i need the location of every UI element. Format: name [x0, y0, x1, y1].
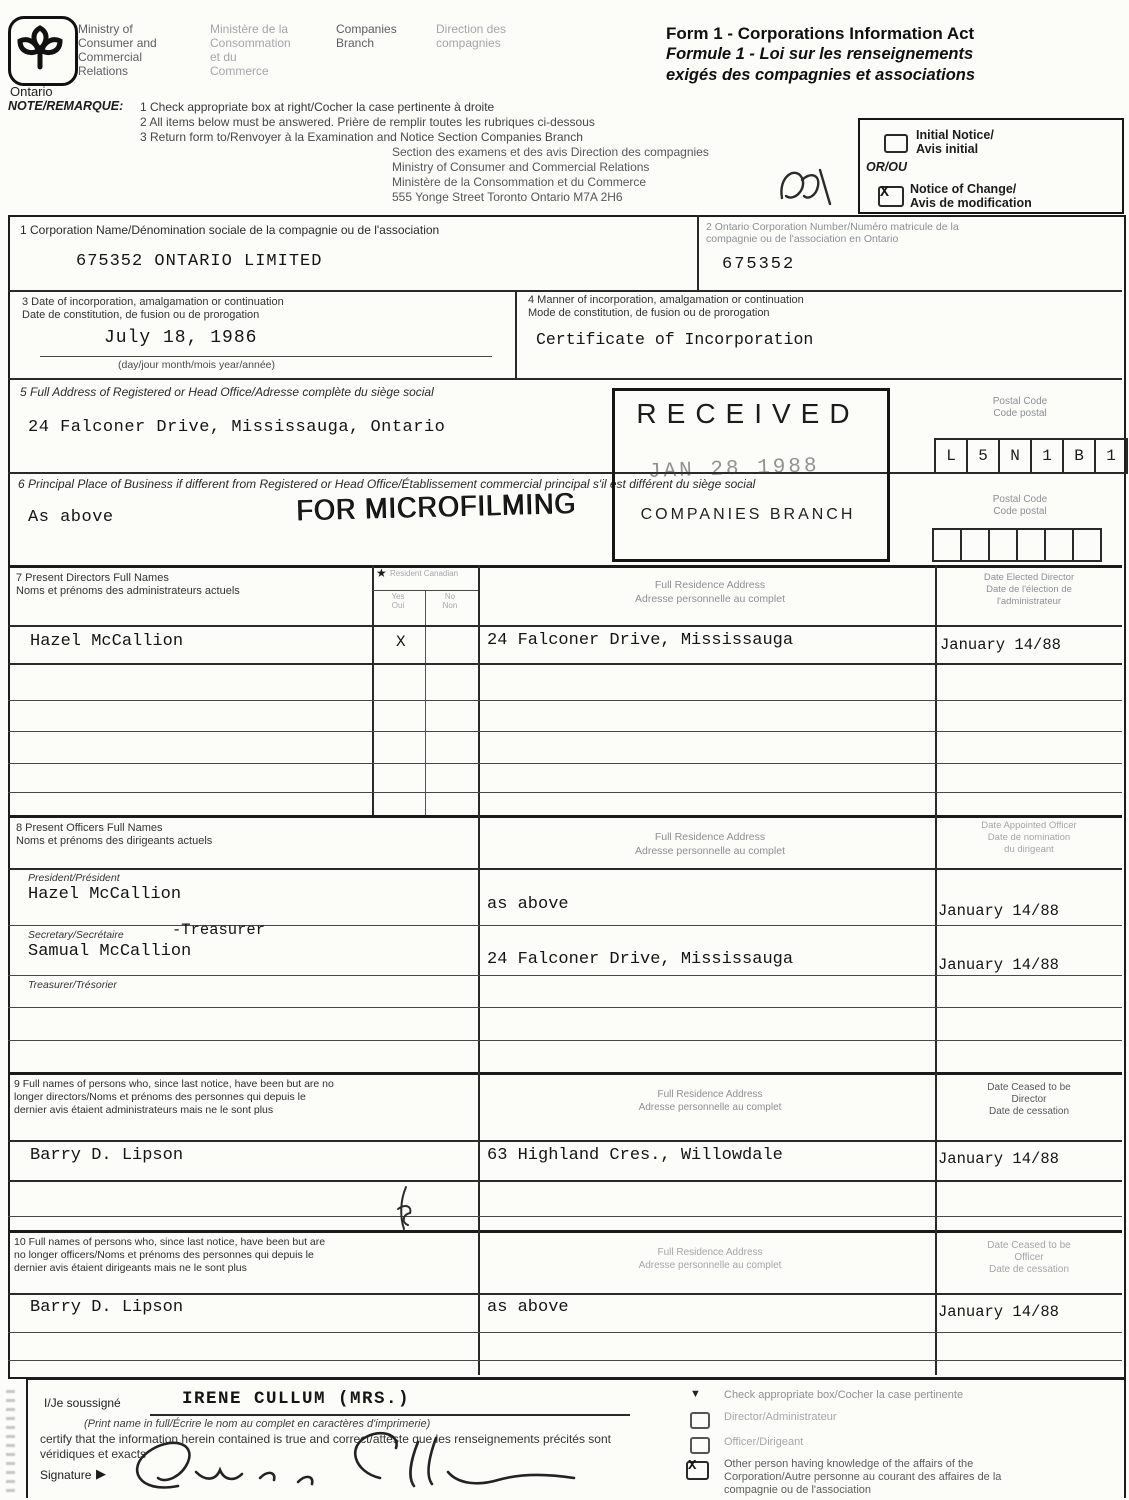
treasurer-role-label: Treasurer/Trésorier — [28, 979, 117, 991]
row-line — [8, 1040, 1122, 1041]
margin-form-number — [6, 1390, 15, 1495]
form-title-en: Form 1 - Corporations Information Act — [666, 24, 974, 44]
row-line — [8, 1180, 1122, 1182]
note-item-2: 2 All items below must be answered. Priè… — [140, 115, 595, 129]
former-directors-label: 9 Full names of persons who, since last … — [14, 1078, 334, 1117]
former-director-address: 63 Highland Cres., Willowdale — [487, 1146, 783, 1165]
divider — [478, 565, 480, 815]
arrow-down-icon: ▼ — [690, 1388, 701, 1400]
divider — [372, 565, 374, 815]
arrow-right-icon: ▶ — [96, 1466, 106, 1482]
received-stamp: RECEIVED — [632, 398, 864, 430]
row-line — [8, 1360, 1122, 1361]
divider — [478, 815, 480, 1072]
former-officer-date: January 14/88 — [938, 1303, 1059, 1321]
former-officers-address-header: Full Residence Address Adresse personnel… — [530, 1246, 890, 1272]
or-ou-label: OR/OU — [866, 160, 907, 174]
divider — [8, 290, 1122, 292]
branch-name-en: Companies Branch — [336, 22, 397, 50]
yes-oui-header: Yes Oui — [378, 592, 418, 610]
postal-code-boxes-empty — [934, 528, 1102, 562]
postal-code-label: Postal Code Code postal — [960, 396, 1080, 420]
incorporation-manner-value: Certificate of Incorporation — [536, 330, 813, 349]
notes-label: NOTE/REMARQUE: — [8, 99, 123, 113]
logo-wordmark: Ontario — [10, 84, 53, 99]
branch-name-fr: Direction des compagnies — [436, 22, 506, 50]
corporation-number-label: 2 Ontario Corporation Number/Numéro matr… — [706, 221, 959, 245]
president-role-label: President/Président — [28, 872, 120, 884]
divider — [8, 1293, 1122, 1295]
former-director-date: January 14/88 — [938, 1150, 1059, 1168]
divider — [935, 815, 937, 1072]
section-border — [8, 565, 1122, 568]
return-address: Section des examens et des avis Directio… — [392, 145, 709, 205]
postal-cell — [960, 528, 990, 562]
handwritten-mark — [392, 1185, 420, 1231]
section-border — [8, 1230, 1122, 1233]
row-line — [8, 763, 1122, 764]
divider — [425, 590, 426, 815]
row-line — [8, 700, 1122, 701]
corporation-number-value: 675352 — [722, 255, 795, 274]
president-name: Hazel McCallion — [28, 885, 181, 904]
signature-label: Signature — [40, 1468, 91, 1482]
postal-cell: L — [934, 438, 968, 474]
divider — [935, 1072, 937, 1230]
officers-date-header: Date Appointed Officer Date de nominatio… — [940, 820, 1118, 856]
no-non-header: No Non — [430, 592, 470, 610]
postal-cell: B — [1062, 438, 1096, 474]
postal-cell: 1 — [1030, 438, 1064, 474]
row-line — [8, 792, 1122, 793]
name-underline — [150, 1414, 630, 1416]
postal-cell: N — [998, 438, 1032, 474]
notice-of-change-checkmark: X — [880, 184, 889, 201]
resident-canadian-header: Resident Canadian — [390, 569, 476, 578]
secretary-address: 24 Falconer Drive, Mississauga — [487, 950, 793, 969]
notice-of-change-label: Notice of Change/ Avis de modification — [910, 182, 1032, 210]
director-checkbox — [690, 1412, 710, 1429]
resident-canadian-checkmark: X — [396, 633, 406, 651]
postal-cell — [1044, 528, 1074, 562]
divider — [697, 215, 699, 290]
divider — [8, 625, 1122, 627]
initial-notice-label: Initial Notice/ Avis initial — [916, 128, 994, 156]
former-officers-label: 10 Full names of persons who, since last… — [14, 1236, 325, 1275]
corporation-name-label: 1 Corporation Name/Dénomination sociale … — [20, 223, 439, 237]
postal-cell: 5 — [966, 438, 1000, 474]
incorporation-manner-label: 4 Manner of incorporation, amalgamation … — [528, 294, 804, 320]
secretary-name: Samual McCallion — [28, 942, 191, 961]
officers-label: 8 Present Officers Full Names Noms et pr… — [16, 822, 212, 848]
initial-notice-checkbox — [884, 134, 908, 153]
officers-address-header: Full Residence Address Adresse personnel… — [530, 830, 890, 858]
handwritten-mark — [768, 158, 848, 218]
row-line — [8, 731, 1122, 732]
divider — [478, 1072, 480, 1230]
director-address: 24 Falconer Drive, Mississauga — [487, 631, 793, 650]
incorporation-date-value: July 18, 1986 — [104, 328, 257, 348]
postal-cell: 1 — [1094, 438, 1128, 474]
postal-code-boxes: L 5 N 1 B 1 — [936, 438, 1128, 474]
row-line — [8, 975, 1122, 976]
head-office-value: 24 Falconer Drive, Mississauga, Ontario — [28, 418, 445, 437]
divider — [8, 378, 1122, 380]
note-item-1: 1 Check appropriate box at right/Cocher … — [140, 100, 494, 114]
date-underline — [40, 356, 492, 357]
secretary-date: January 14/88 — [938, 956, 1059, 974]
director-name: Hazel McCallion — [30, 632, 183, 651]
postal-code-label-2: Postal Code Code postal — [960, 494, 1080, 518]
principal-place-value: As above — [28, 508, 114, 527]
secretary-role-addition: -Treasurer — [172, 921, 265, 939]
directors-label: 7 Present Directors Full Names Noms et p… — [16, 572, 240, 598]
former-officer-name: Barry D. Lipson — [30, 1298, 183, 1317]
postal-cell — [988, 528, 1018, 562]
row-line — [8, 1216, 1122, 1217]
officer-checkbox — [690, 1437, 710, 1454]
companies-branch-stamp: COMPANIES BRANCH — [630, 506, 866, 524]
form-page: Ontario Ministry of Consumer and Commerc… — [0, 0, 1129, 1500]
incorporation-date-hint: (day/jour month/mois year/année) — [118, 359, 275, 371]
section-border — [8, 815, 1122, 818]
row-line — [8, 663, 1122, 665]
section-border — [8, 1072, 1122, 1075]
postal-cell — [932, 528, 962, 562]
secretary-role-label: Secretary/Secrétaire — [28, 929, 124, 941]
incorporation-date-label: 3 Date of incorporation, amalgamation or… — [22, 296, 284, 322]
divider — [8, 868, 1122, 870]
divider — [515, 290, 517, 378]
trillium-icon — [11, 19, 69, 77]
other-person-option-label: Other person having knowledge of the aff… — [724, 1458, 1001, 1497]
divider — [935, 1230, 937, 1375]
row-line — [8, 1332, 1122, 1333]
row-line — [8, 1007, 1122, 1008]
postal-cell — [1016, 528, 1046, 562]
ministry-name-fr: Ministère de la Consommation et du Comme… — [210, 22, 291, 78]
ministry-name-en: Ministry of Consumer and Commercial Rela… — [78, 22, 157, 78]
former-directors-address-header: Full Residence Address Adresse personnel… — [530, 1088, 890, 1114]
ontario-trillium-logo — [8, 16, 78, 86]
divider — [372, 590, 478, 591]
postal-cell — [1072, 528, 1102, 562]
form-title-fr: Formule 1 - Loi sur les renseignements e… — [666, 44, 975, 86]
former-officer-address: as above — [487, 1298, 569, 1317]
director-date: January 14/88 — [940, 636, 1061, 654]
corporation-name-value: 675352 ONTARIO LIMITED — [76, 252, 322, 271]
directors-date-header: Date Elected Director Date de l'élection… — [940, 572, 1118, 608]
other-person-checkmark: X — [688, 1458, 696, 1474]
divider — [935, 565, 937, 815]
handwritten-signature — [118, 1428, 608, 1498]
president-address: as above — [487, 895, 569, 914]
note-item-3: 3 Return form to/Renvoyer à la Examinati… — [140, 130, 583, 144]
certifier-name: IRENE CULLUM (MRS.) — [182, 1389, 410, 1409]
divider — [478, 1230, 480, 1375]
directors-address-header: Full Residence Address Adresse personnel… — [530, 578, 890, 606]
star-icon: ★ — [376, 566, 387, 580]
president-date: January 14/88 — [938, 902, 1059, 920]
former-director-name: Barry D. Lipson — [30, 1146, 183, 1165]
officer-option-label: Officer/Dirigeant — [724, 1436, 803, 1448]
director-option-label: Director/Administrateur — [724, 1411, 836, 1423]
check-block-header: Check appropriate box/Cocher la case per… — [724, 1389, 963, 1401]
former-directors-date-header: Date Ceased to be Director Date de cessa… — [940, 1082, 1118, 1118]
certify-prefix: I/Je soussigné — [44, 1396, 121, 1410]
head-office-label: 5 Full Address of Registered or Head Off… — [20, 385, 434, 399]
former-officers-date-header: Date Ceased to be Officer Date de cessat… — [940, 1240, 1118, 1276]
divider — [8, 1140, 1122, 1142]
